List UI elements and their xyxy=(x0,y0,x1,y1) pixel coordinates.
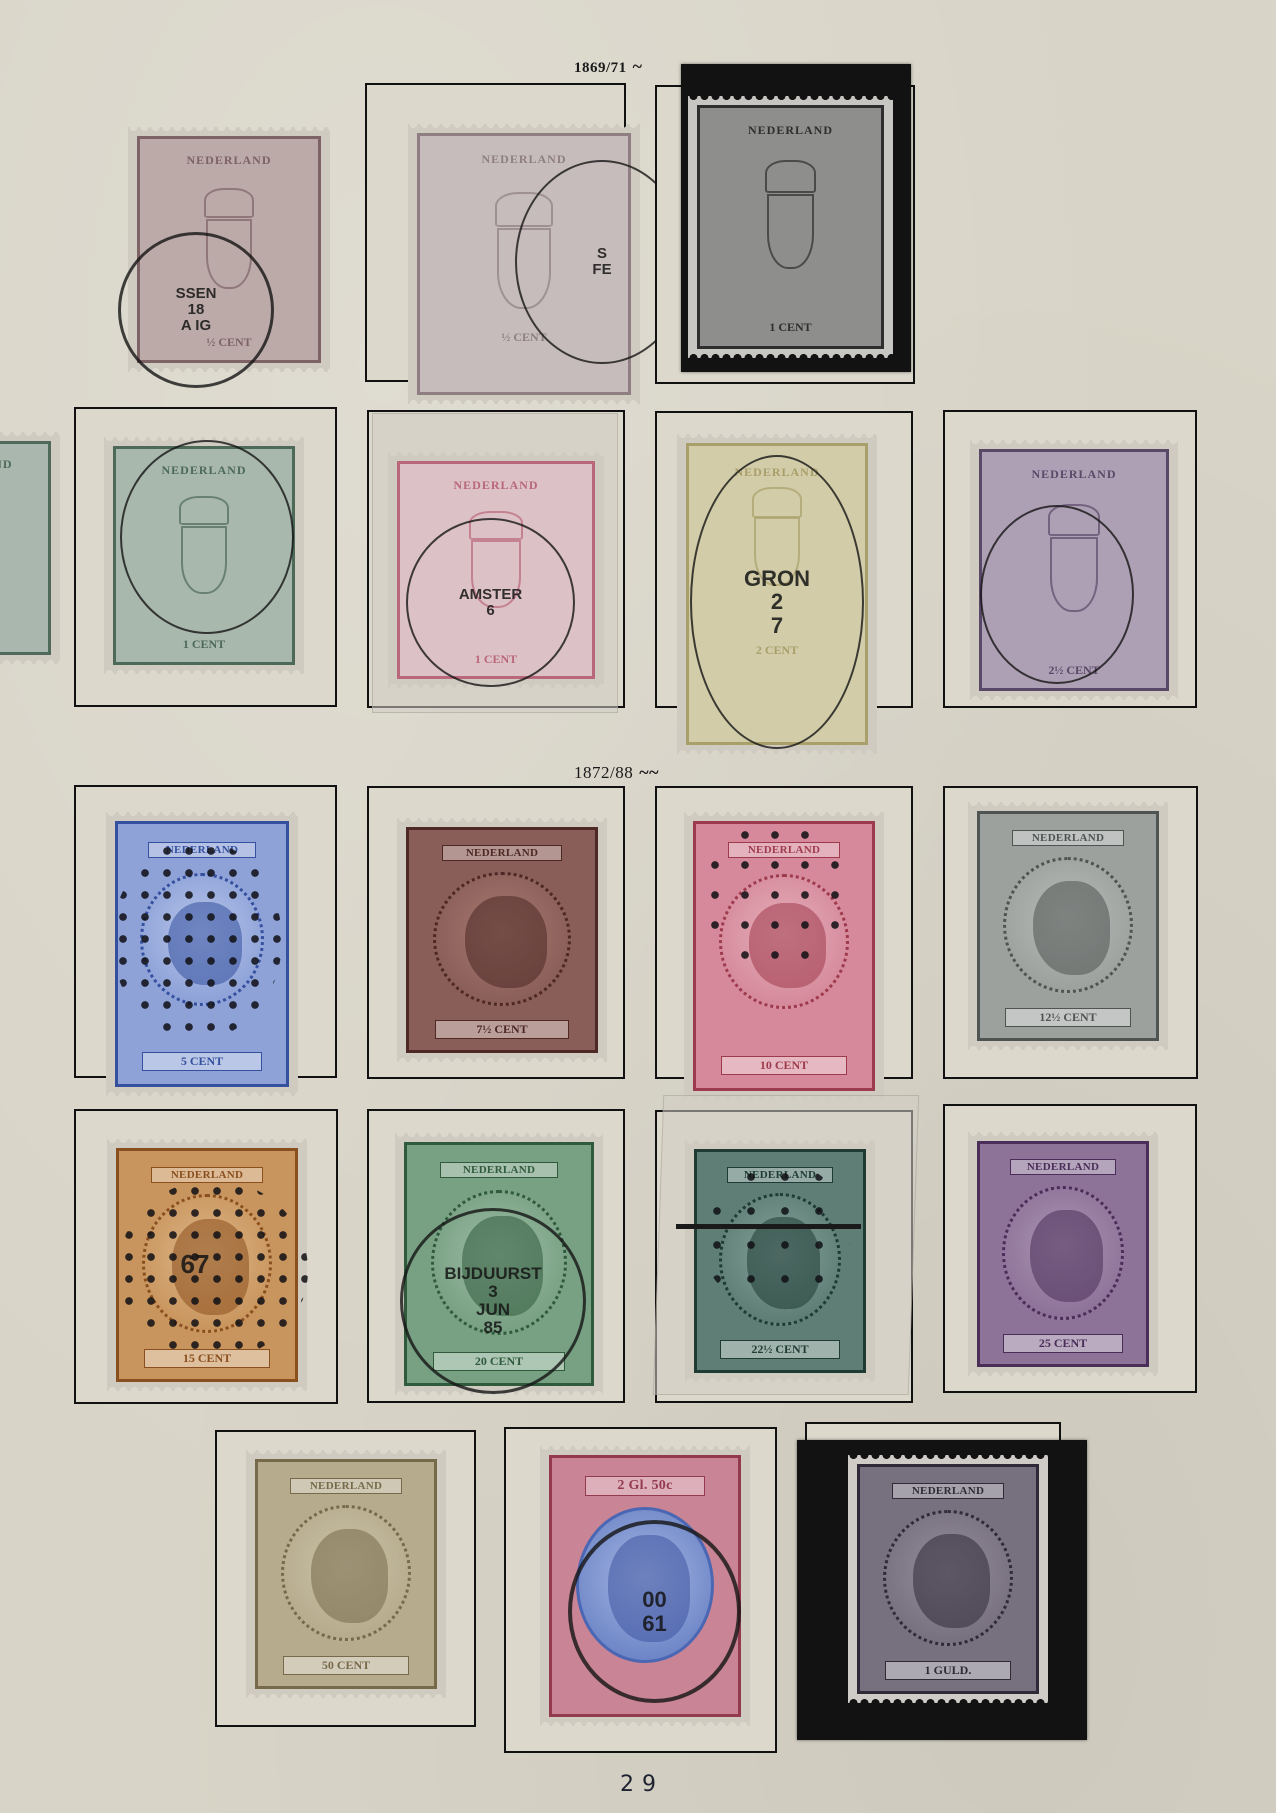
stamp-one-cent-rose[interactable]: NEDERLAND 1 CENT xyxy=(388,452,604,688)
stamp-country: NEDERLAND xyxy=(1012,830,1125,846)
portrait-head xyxy=(465,896,547,988)
stamp-two-half-cent-violet[interactable]: NEDERLAND 2½ CENT xyxy=(970,440,1178,700)
stamp-value: 10 CENT xyxy=(721,1056,848,1075)
stamp-10-cent-carmine[interactable]: NEDERLAND 10 CENT xyxy=(684,812,884,1100)
tilde-ornament: ~~ xyxy=(639,762,659,782)
stamp-two-cent-pair[interactable]: NEDERLAND 2 CENT xyxy=(677,434,877,754)
stamp-2-gulden-50-bicolor[interactable]: 2 Gl. 50c xyxy=(540,1446,750,1726)
page-number: 29 xyxy=(620,1772,664,1797)
stamp-value: 12½ CENT xyxy=(1005,1008,1132,1027)
stamp-value: 1 CENT xyxy=(427,651,565,668)
issue-label-1869-71: 1869/71~ xyxy=(574,56,643,77)
stamp-country: NEDERLAND xyxy=(148,842,256,858)
shield-icon xyxy=(497,228,551,309)
stamp-country: NEDERLAND xyxy=(172,152,286,169)
stamp-50-cent-bistre[interactable]: NEDERLAND 50 CENT xyxy=(246,1450,446,1698)
stamp-value: 1 CENT xyxy=(141,636,268,653)
stamp-15-cent-orange[interactable]: NEDERLAND 15 CENT xyxy=(107,1139,307,1391)
stamp-value: 2 CENT xyxy=(714,642,841,659)
stamp-country: NEDERLAND xyxy=(1015,466,1133,483)
stamp-one-cent-black[interactable]: NEDERLAND 1 CENT xyxy=(688,96,893,358)
stamp-country: NEDERLAND xyxy=(728,842,841,858)
crown-icon xyxy=(1048,504,1100,536)
stamp-5-cent-blue[interactable]: NEDERLAND 5 CENT xyxy=(106,812,298,1096)
shield-icon xyxy=(471,540,521,608)
shield-icon xyxy=(767,194,814,269)
stamp-value: 20 CENT xyxy=(433,1352,566,1371)
stamp-value: 22½ CENT xyxy=(720,1340,840,1359)
stamp-25-cent-violet[interactable]: NEDERLAND 25 CENT xyxy=(968,1132,1158,1376)
stamp-value: 15 CENT xyxy=(144,1349,271,1368)
stamp-20-cent-green[interactable]: NEDERLAND 20 CENT xyxy=(395,1133,603,1395)
portrait-head xyxy=(462,1216,543,1316)
stamp-7-half-cent-brown[interactable]: NEDERLAND 7½ CENT xyxy=(397,818,607,1062)
stamp-country: NEDERLAND xyxy=(151,1167,264,1183)
crown-icon xyxy=(752,487,801,518)
crown-icon xyxy=(495,192,553,227)
issue-label-1872-88: 1872/88~~ xyxy=(574,762,659,783)
stamp-one-cent-green[interactable]: NEDERLAND 1 CENT xyxy=(104,437,304,674)
stamp-value: ½ CENT xyxy=(165,334,293,351)
portrait-head xyxy=(608,1535,690,1643)
stamp-country: NEDERLAND xyxy=(457,151,590,168)
portrait-head xyxy=(747,1217,820,1309)
stamp-value: 2½ CENT xyxy=(1008,662,1141,679)
portrait-head xyxy=(749,903,826,988)
stamp-value: 1 GULD. xyxy=(885,1661,1012,1680)
shield-icon xyxy=(1050,537,1098,612)
tilde-ornament: ~ xyxy=(633,56,643,76)
stamp-1-gulden-grey-violet[interactable]: NEDERLAND 1 GULD. xyxy=(848,1455,1048,1703)
stamp-country: NEDERLAND xyxy=(727,1167,833,1183)
stamp-country: NEDERLAND xyxy=(440,1162,558,1178)
stamp-value-top: 2 Gl. 50c xyxy=(585,1476,704,1496)
stamp-value: 5 CENT xyxy=(142,1052,263,1071)
shield-icon xyxy=(181,526,227,594)
stamp-one-cent-edge[interactable]: NEDERLAND 1 CENT xyxy=(0,432,60,664)
stamp-value: 1 CENT xyxy=(0,627,26,644)
stamp-album-page: 1869/71~ NEDERLAND ½ CENT SSEN 18 A IG N… xyxy=(0,0,1276,1813)
issue-years: 1869/71 xyxy=(574,60,627,76)
stamp-12-half-cent-grey[interactable]: NEDERLAND 12½ CENT xyxy=(968,802,1168,1050)
portrait-head xyxy=(311,1529,388,1623)
stamp-value: 1 CENT xyxy=(725,319,855,336)
stamp-22-half-cent-dark-green[interactable]: NEDERLAND 22½ CENT xyxy=(685,1140,875,1382)
stamp-value: 25 CENT xyxy=(1003,1334,1123,1353)
shield-icon xyxy=(754,517,800,586)
stamp-country: NEDERLAND xyxy=(733,122,849,139)
stamp-country: NEDERLAND xyxy=(442,845,561,861)
crown-icon xyxy=(469,511,523,540)
crown-icon xyxy=(179,496,228,526)
portrait-head xyxy=(168,902,242,985)
stamp-half-cent-assen[interactable]: NEDERLAND ½ CENT xyxy=(128,127,330,372)
portrait-head xyxy=(1030,1210,1103,1302)
stamp-country: NEDERLAND xyxy=(1010,1159,1116,1175)
crown-icon xyxy=(765,160,816,193)
shield-icon xyxy=(206,219,252,289)
portrait-head xyxy=(172,1219,249,1315)
stamp-country: NEDERLAND xyxy=(892,1483,1005,1499)
portrait-head xyxy=(1033,881,1110,975)
stamp-country: NEDERLAND xyxy=(148,462,261,479)
crown-icon xyxy=(204,188,254,219)
stamp-value: ½ CENT xyxy=(449,329,599,346)
stamp-country: NEDERLAND xyxy=(435,477,558,494)
stamp-value: 7½ CENT xyxy=(435,1020,569,1039)
stamp-country: NEDERLAND xyxy=(721,464,834,481)
stamp-country: NEDERLAND xyxy=(0,456,20,473)
issue-years: 1872/88 xyxy=(574,763,633,782)
stamp-half-cent-pair[interactable]: NEDERLAND ½ CENT xyxy=(408,124,640,404)
stamp-value: 50 CENT xyxy=(283,1656,410,1675)
stamp-country: NEDERLAND xyxy=(290,1478,403,1494)
portrait-head xyxy=(913,1534,990,1628)
